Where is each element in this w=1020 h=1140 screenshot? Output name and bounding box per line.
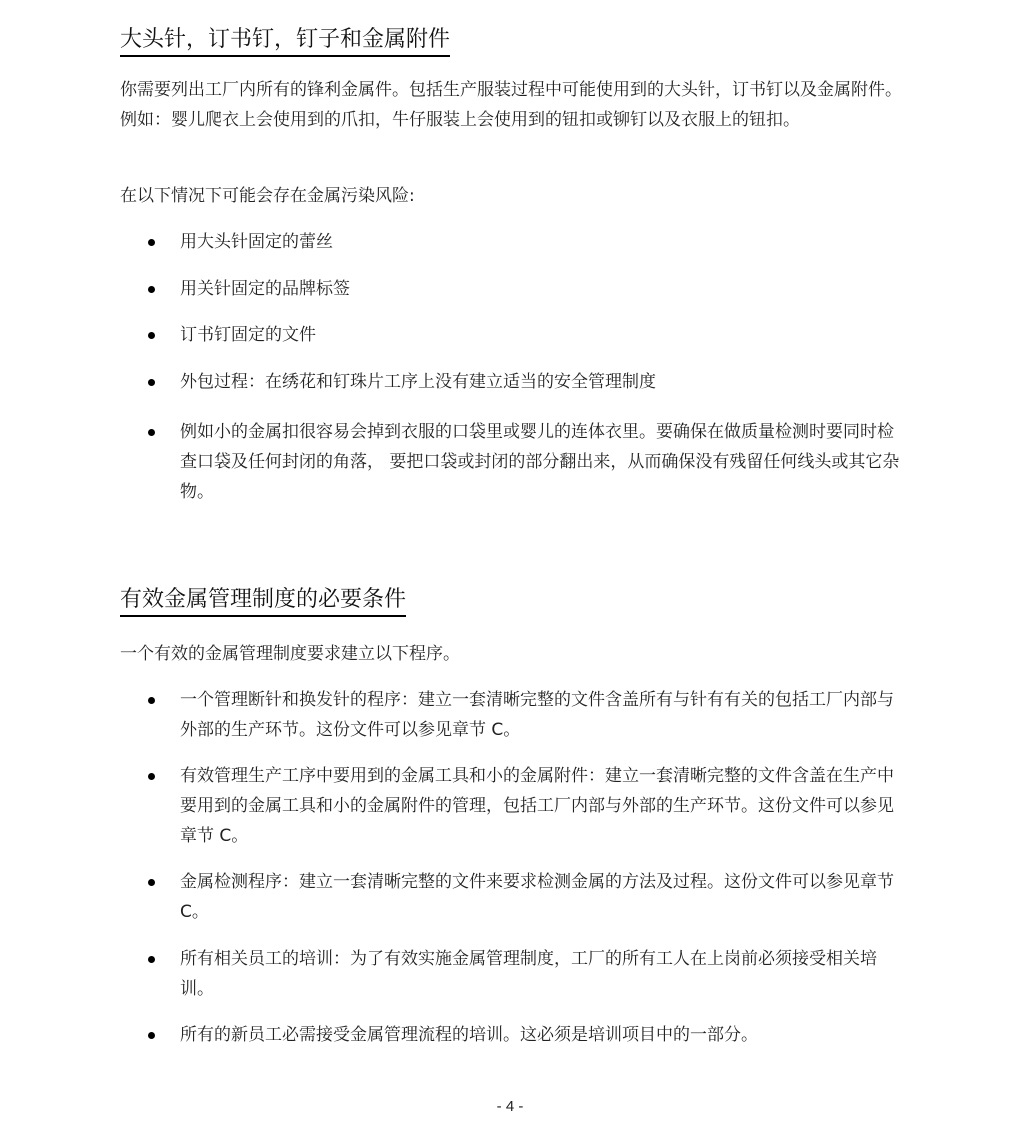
list-item: 金属检测程序：建立一套清晰完整的文件来要求检测金属的方法及过程。这份文件可以参见…: [148, 867, 908, 927]
bullet-icon: [148, 429, 155, 436]
bullet-icon: [148, 956, 155, 963]
bullet-icon: [148, 1032, 155, 1039]
bullet-icon: [148, 879, 155, 886]
list-item: 外包过程：在绣花和钉珠片工序上没有建立适当的安全管理制度: [148, 367, 908, 397]
list-item: 所有相关员工的培训：为了有效实施金属管理制度，工厂的所有工人在上岗前必须接受相关…: [148, 944, 908, 1004]
bullet-icon: [148, 773, 155, 780]
section1-intro: 你需要列出工厂内所有的锋利金属件。包括生产服装过程中可能使用到的大头针，订书钉以…: [120, 75, 910, 135]
section-heading-requirements: 有效金属管理制度的必要条件: [120, 586, 406, 617]
list-item: 一个管理断针和换发针的程序：建立一套清晰完整的文件含盖所有与针有有关的包括工厂内…: [148, 685, 908, 745]
list-item: 所有的新员工必需接受金属管理流程的培训。这必须是培训项目中的一部分。: [148, 1020, 908, 1050]
bullet-icon: [148, 286, 155, 293]
bullet-icon: [148, 697, 155, 704]
list-item: 订书钉固定的文件: [148, 320, 908, 350]
list-item: 例如小的金属扣很容易会掉到衣服的口袋里或婴儿的连体衣里。要确保在做质量检测时要同…: [148, 417, 908, 507]
section-heading-metal-parts: 大头针，订书钉，钉子和金属附件: [120, 26, 450, 57]
list-item: 有效管理生产工序中要用到的金属工具和小的金属附件：建立一套清晰完整的文件含盖在生…: [148, 761, 908, 851]
bullet-icon: [148, 239, 155, 246]
page-number: - 4 -: [0, 1098, 1020, 1115]
section2-intro: 一个有效的金属管理制度要求建立以下程序。: [120, 639, 910, 669]
document-page: 大头针，订书钉，钉子和金属附件 你需要列出工厂内所有的锋利金属件。包括生产服装过…: [0, 0, 1020, 1140]
list-item: 用关针固定的品牌标签: [148, 274, 908, 304]
bullet-icon: [148, 332, 155, 339]
list-item: 用大头针固定的蕾丝: [148, 227, 908, 257]
risk-lead-text: 在以下情况下可能会存在金属污染风险:: [120, 181, 910, 211]
bullet-icon: [148, 379, 155, 386]
